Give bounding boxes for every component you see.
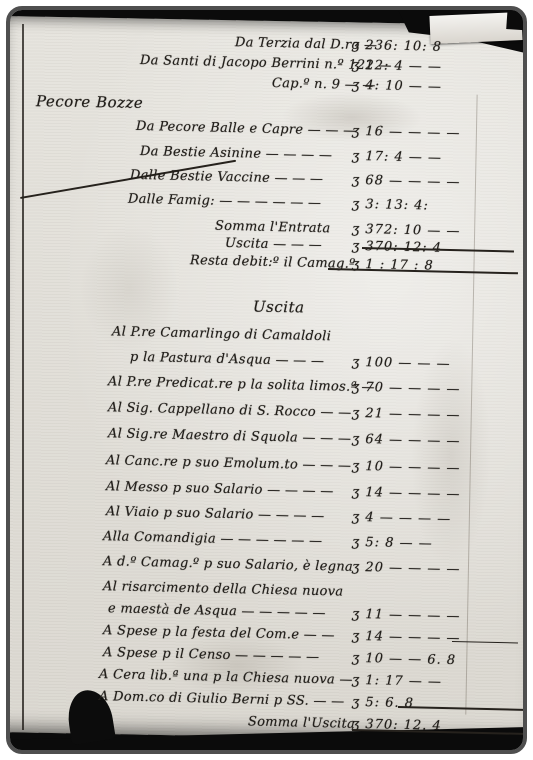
entry-text: Somma l'Entrata [215,219,331,237]
amount: ʒ 16 — — — — [352,124,461,141]
entry-text: Uscita — — — [225,236,322,253]
margin-heading: Pecore Bozze [36,92,144,112]
amount: ʒ 12: 4 — — [352,58,442,75]
amount: ʒ 14 — — — — [352,629,461,646]
amount: ʒ 100 — — — [352,355,451,372]
scan-background: Pecore Bozze Da Terzia dal D.ro —ʒ 236: … [10,10,523,750]
amount: ʒ 14 — — — — [352,485,461,502]
amount: ʒ 5: 8 — — [352,535,433,552]
scanned-ledger-page: Pecore Bozze Da Terzia dal D.ro —ʒ 236: … [0,0,533,760]
amount: ʒ 21 — — — — [352,406,461,423]
amount: ʒ 5: 6. 8 [352,695,414,711]
amount: ʒ 17: 4 — — [352,149,442,166]
uscita-heading: Uscita [253,298,305,317]
amount: ʒ 20 — — — — [352,560,461,577]
amount: ʒ 10 — — — — [352,459,461,476]
amount: ʒ 64 — — — — [352,432,461,449]
amount: ʒ 70 — — — — [352,380,461,397]
amount: ʒ 1: 17 — — [352,673,442,690]
amount: ʒ 372: 10 — — [352,222,461,239]
amount: ʒ 4: 10 — — [352,78,442,95]
amount: ʒ 3: 13: 4: [352,197,429,214]
scan-black-sliver [506,10,523,31]
amount: ʒ 11 — — — — [352,607,461,624]
entry-text: Somma l'Uscita [248,714,356,731]
amount: ʒ 236: 10: 8 [352,38,442,55]
amount: ʒ 68 — — — — [352,173,461,190]
amount: ʒ 10 — — 6. 8 [352,651,457,668]
amount: ʒ 4 — — — — [352,510,452,527]
